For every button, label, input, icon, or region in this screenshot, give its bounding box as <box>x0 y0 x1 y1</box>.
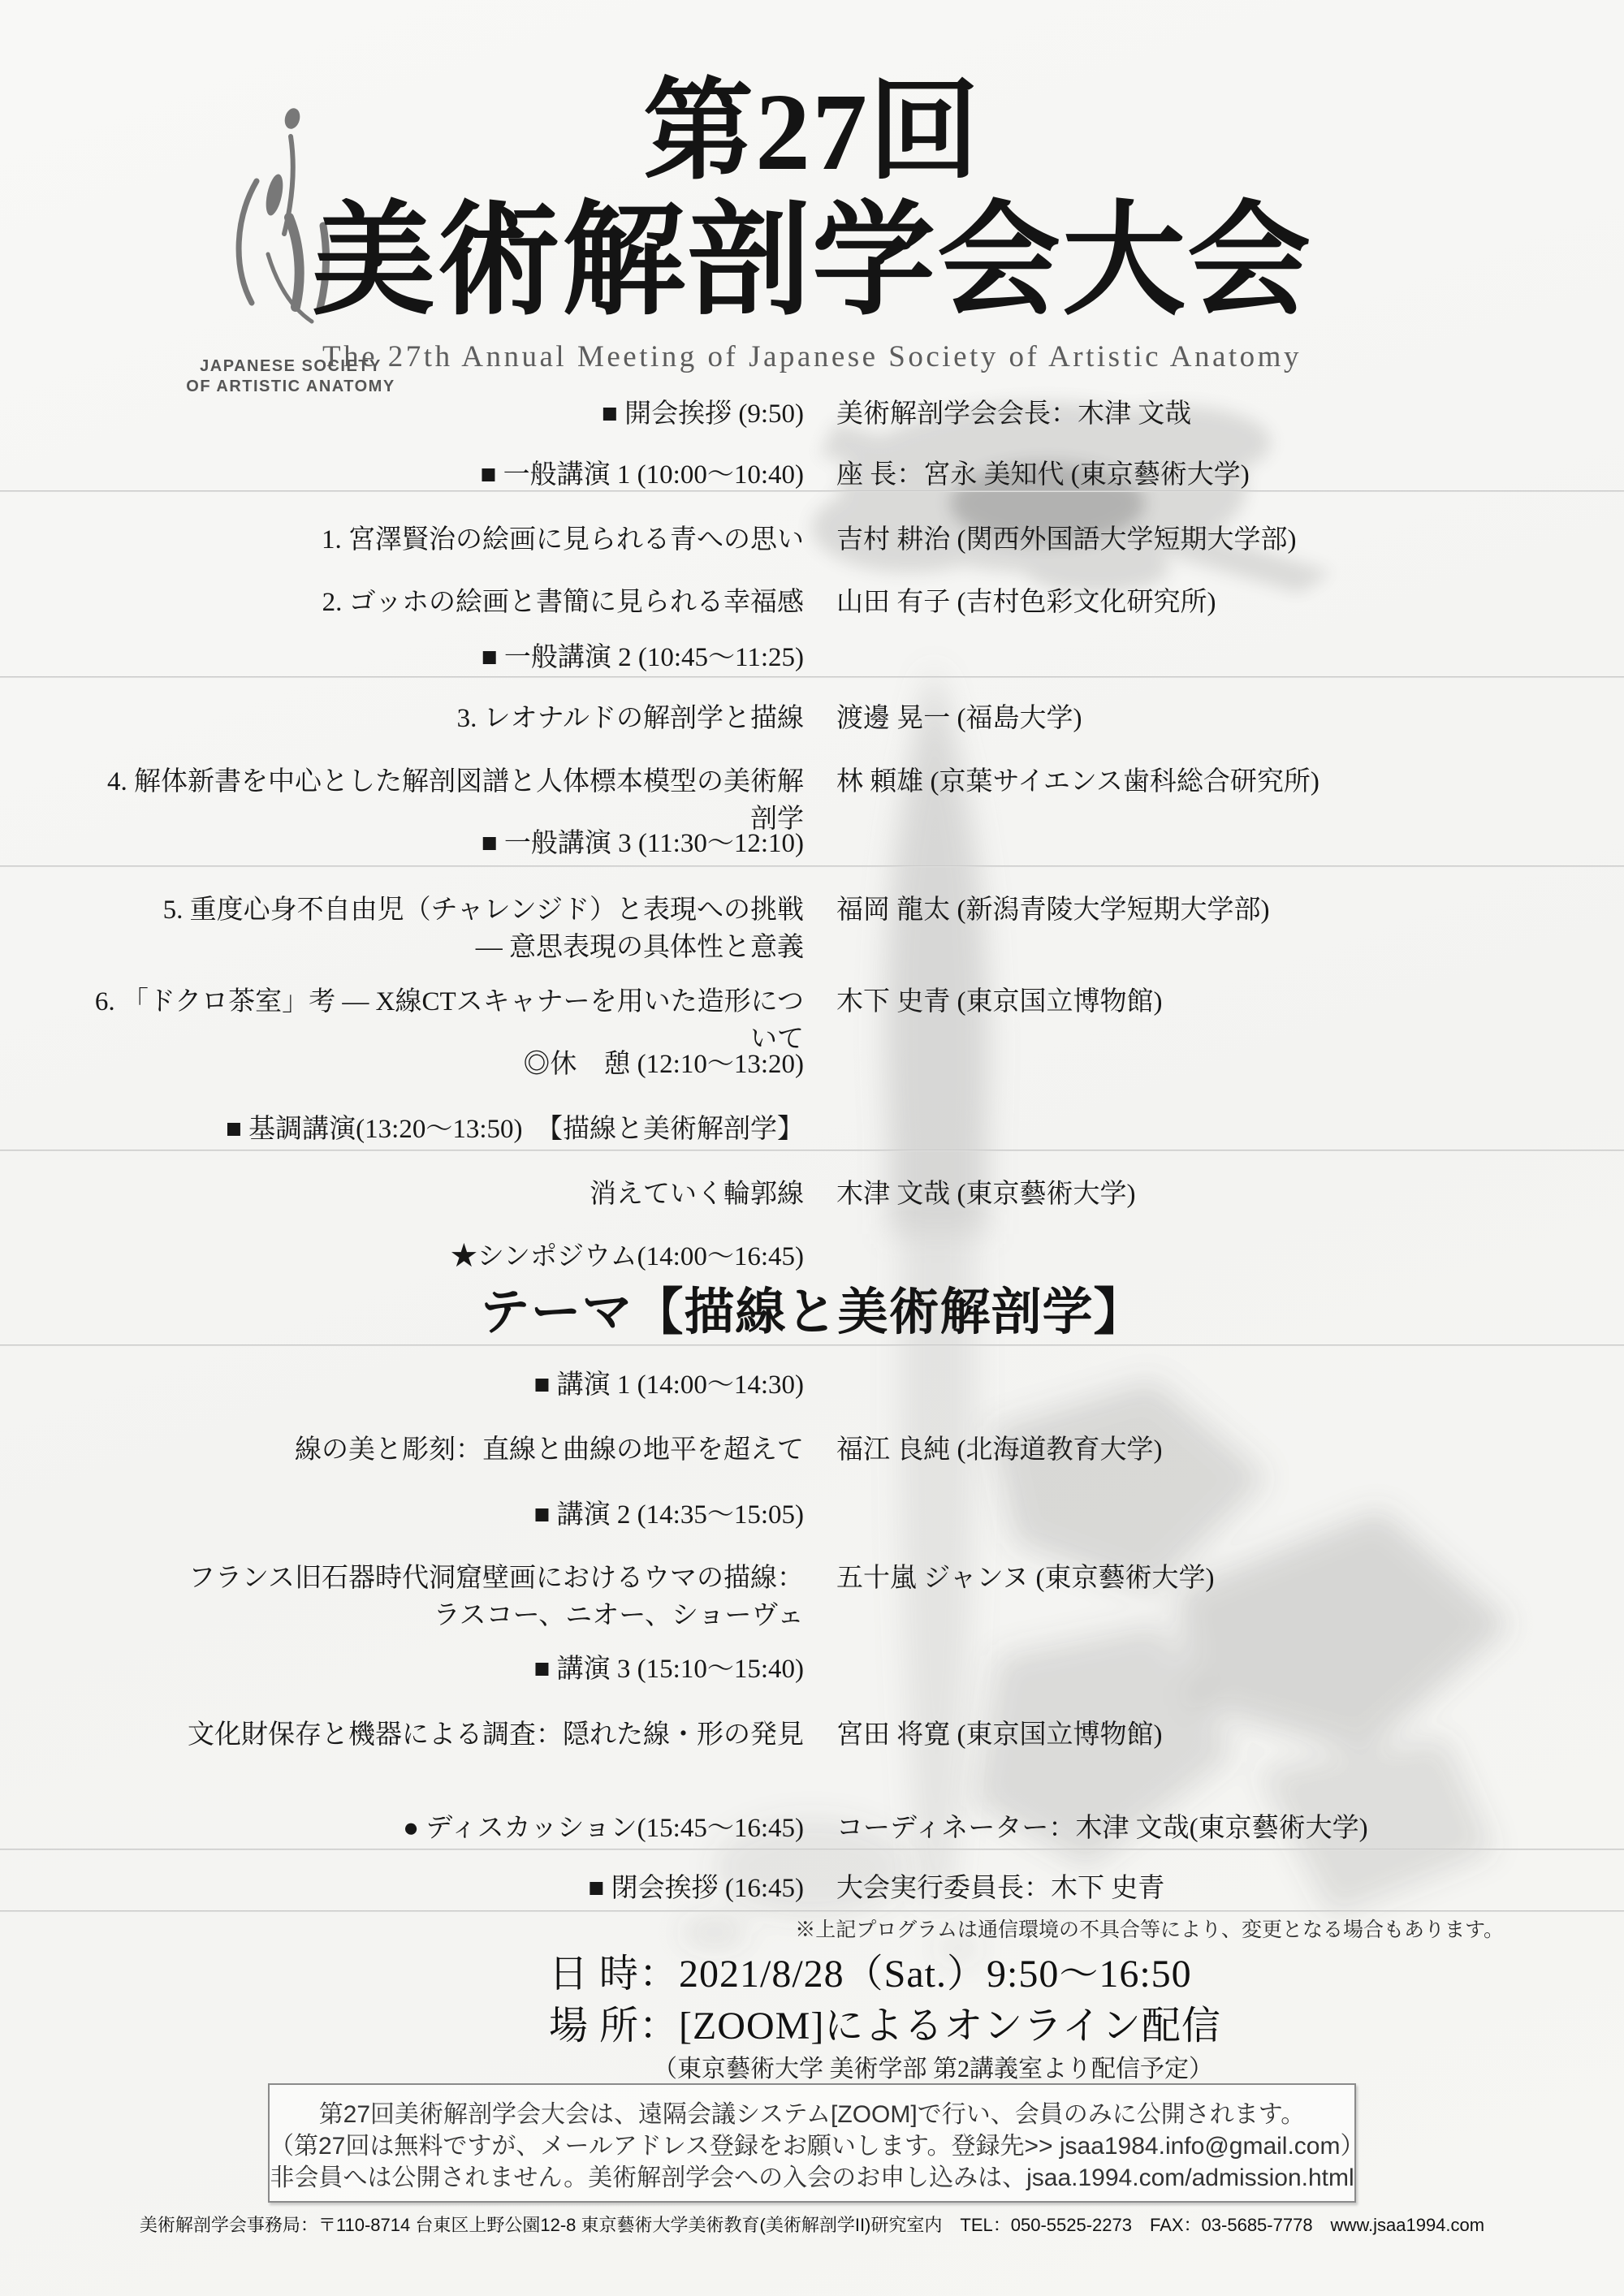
info-line2: （第27回は無料ですが、メールアドレス登録をお願いします。登録先>> jsaa1… <box>270 2130 1354 2162</box>
talk-title: 1. 宮澤賢治の絵画に見られる青への思い <box>81 521 804 559</box>
talk-title-line2: ― 意思表現の具体性と意義 <box>81 929 804 966</box>
symposium-theme: テーマ【描線と美術解剖学】 <box>0 1280 1624 1345</box>
session-header: ■ 開会挨拶 (9:50) <box>81 395 804 433</box>
section-divider <box>0 1150 1624 1151</box>
section-divider <box>0 865 1624 867</box>
section-divider <box>0 676 1624 678</box>
program-row-talk3: 3. レオナルドの解剖学と描線 渡邊 晃一 (福島大学) <box>0 700 1624 737</box>
session-header: ■ 基調講演(13:20〜13:50) 【描線と美術解剖学】 <box>81 1111 804 1148</box>
footer-contact: 美術解剖学会事務局：〒110-8714 台東区上野公園12-8 東京藝術大学美術… <box>0 2213 1624 2238</box>
speaker: 美術解剖学会会長：木津 文哉 <box>836 395 1518 433</box>
poster-title-line2: 美術解剖学会大会 <box>0 193 1624 330</box>
program-row-keynote-talk: 消えていく輪郭線 木津 文哉 (東京藝術大学) <box>0 1176 1624 1213</box>
committee-chair: 大会実行委員長：木下 史青 <box>836 1870 1518 1907</box>
registration-info-box: 第27回美術解剖学会大会は、遠隔会議システム[ZOOM]で行い、会員のみに公開さ… <box>268 2083 1356 2203</box>
event-date: 日 時：2021/8/28（Sat.）9:50〜16:50 <box>549 1949 1221 2000</box>
speaker: 福岡 龍太 (新潟青陵大学短期大学部) <box>836 891 1518 929</box>
program-row-session1: ■ 一般講演 1 (10:00〜10:40) 座 長：宮永 美知代 (東京藝術大… <box>0 456 1624 494</box>
program-row-break: ◎休 憩 (12:10〜13:20) <box>0 1046 1624 1083</box>
session-header: ■ 一般講演 3 (11:30〜12:10) <box>81 825 804 862</box>
session-header: ■ 講演 3 (15:10〜15:40) <box>81 1651 804 1688</box>
chair: 座 長：宮永 美知代 (東京藝術大学) <box>836 456 1518 494</box>
section-divider <box>0 1849 1624 1850</box>
info-line3: 非会員へは公開されません。美術解剖学会への入会のお申し込みは、jsaa.1994… <box>270 2162 1354 2194</box>
program-row-talk2: 2. ゴッホの絵画と書簡に見られる幸福感 山田 有子 (吉村色彩文化研究所) <box>0 584 1624 621</box>
break-label: ◎休 憩 (12:10〜13:20) <box>81 1046 804 1083</box>
session-header: ■ 閉会挨拶 (16:45) <box>81 1870 804 1907</box>
speaker: 五十嵐 ジャンヌ (東京藝術大学) <box>836 1560 1518 1597</box>
coordinator: コーディネーター：木津 文哉(東京藝術大学) <box>836 1810 1518 1847</box>
program-row-lecture2: ■ 講演 2 (14:35〜15:05) <box>0 1496 1624 1534</box>
title-block: 第27回 美術解剖学会大会 The 27th Annual Meeting of… <box>0 71 1624 377</box>
program-row-keynote: ■ 基調講演(13:20〜13:50) 【描線と美術解剖学】 <box>0 1111 1624 1148</box>
program-row-session3: ■ 一般講演 3 (11:30〜12:10) <box>0 825 1624 862</box>
section-divider <box>0 490 1624 492</box>
session-header: ■ 講演 2 (14:35〜15:05) <box>81 1496 804 1534</box>
program-row-lecture3: ■ 講演 3 (15:10〜15:40) <box>0 1651 1624 1688</box>
discussion-header: ● ディスカッション(15:45〜16:45) <box>81 1810 804 1847</box>
program-row-lecture1-talk: 線の美と彫刻：直線と曲線の地平を超えて 福江 良純 (北海道教育大学) <box>0 1431 1624 1469</box>
program-change-note: ※上記プログラムは通信環境の不具合等により、変更となる場合もあります。 <box>795 1918 1504 1942</box>
session-header: ■ 一般講演 1 (10:00〜10:40) <box>81 456 804 494</box>
program-row-closing: ■ 閉会挨拶 (16:45) 大会実行委員長：木下 史青 <box>0 1870 1624 1907</box>
program-row-opening: ■ 開会挨拶 (9:50) 美術解剖学会会長：木津 文哉 <box>0 395 1624 433</box>
poster-page: JAPANESE SOCIETY OF ARTISTIC ANATOMY 第27… <box>0 0 1624 2296</box>
talk-title: 3. レオナルドの解剖学と描線 <box>81 700 804 737</box>
speaker: 宮田 将寛 (東京国立博物館) <box>836 1716 1518 1754</box>
speaker: 林 頼雄 (京葉サイエンス歯科総合研究所) <box>836 763 1518 801</box>
program-row-lecture3-talk: 文化財保存と機器による調査：隠れた線・形の発見 宮田 将寛 (東京国立博物館) <box>0 1716 1624 1754</box>
program-row-lecture1: ■ 講演 1 (14:00〜14:30) <box>0 1366 1624 1404</box>
speaker: 吉村 耕治 (関西外国語大学短期大学部) <box>836 521 1518 559</box>
section-divider <box>0 1344 1624 1346</box>
talk-title: 2. ゴッホの絵画と書簡に見られる幸福感 <box>81 584 804 621</box>
talk-title: 文化財保存と機器による調査：隠れた線・形の発見 <box>81 1716 804 1754</box>
section-divider <box>0 1910 1624 1912</box>
speaker: 渡邊 晃一 (福島大学) <box>836 700 1518 737</box>
program-row-session2: ■ 一般講演 2 (10:45〜11:25) <box>0 639 1624 676</box>
talk-title: 5. 重度心身不自由児（チャレンジド）と表現への挑戦 <box>81 891 804 929</box>
info-line1: 第27回美術解剖学会大会は、遠隔会議システム[ZOOM]で行い、会員のみに公開さ… <box>270 2099 1354 2130</box>
program-row-talk5: 5. 重度心身不自由児（チャレンジド）と表現への挑戦 ― 意思表現の具体性と意義… <box>0 891 1624 966</box>
speaker: 木下 史青 (東京国立博物館) <box>836 983 1518 1021</box>
program-row-talk1: 1. 宮澤賢治の絵画に見られる青への思い 吉村 耕治 (関西外国語大学短期大学部… <box>0 521 1624 559</box>
talk-title: 線の美と彫刻：直線と曲線の地平を超えて <box>81 1431 804 1469</box>
speaker: 福江 良純 (北海道教育大学) <box>836 1431 1518 1469</box>
program-row-lecture2-talk: フランス旧石器時代洞窟壁画におけるウマの描線： ラスコー、ニオー、ショーヴェ 五… <box>0 1560 1624 1634</box>
session-header: ■ 一般講演 2 (10:45〜11:25) <box>81 639 804 676</box>
program-row-discussion: ● ディスカッション(15:45〜16:45) コーディネーター：木津 文哉(東… <box>0 1810 1624 1847</box>
poster-subtitle-en: The 27th Annual Meeting of Japanese Soci… <box>0 338 1624 377</box>
session-header: ■ 講演 1 (14:00〜14:30) <box>81 1366 804 1404</box>
symposium-header: ★シンポジウム(14:00〜16:45) <box>81 1238 804 1275</box>
talk-title-line2: ラスコー、ニオー、ショーヴェ <box>81 1597 804 1634</box>
speaker: 木津 文哉 (東京藝術大学) <box>836 1176 1518 1213</box>
talk-title: フランス旧石器時代洞窟壁画におけるウマの描線： <box>81 1560 804 1597</box>
talk-title: 消えていく輪郭線 <box>81 1176 804 1213</box>
event-place: 場 所：[ZOOM]によるオンライン配信 <box>549 2000 1221 2052</box>
speaker: 山田 有子 (吉村色彩文化研究所) <box>836 584 1518 621</box>
event-when-where: 日 時：2021/8/28（Sat.）9:50〜16:50 場 所：[ZOOM]… <box>549 1949 1221 2087</box>
event-place-note: （東京藝術大学 美術学部 第2講義室より配信予定） <box>653 2052 1221 2087</box>
poster-title-line1: 第27回 <box>0 71 1624 193</box>
logo-caption-line2: OF ARTISTIC ANATOMY <box>185 377 396 397</box>
program-row-symposium: ★シンポジウム(14:00〜16:45) <box>0 1238 1624 1275</box>
